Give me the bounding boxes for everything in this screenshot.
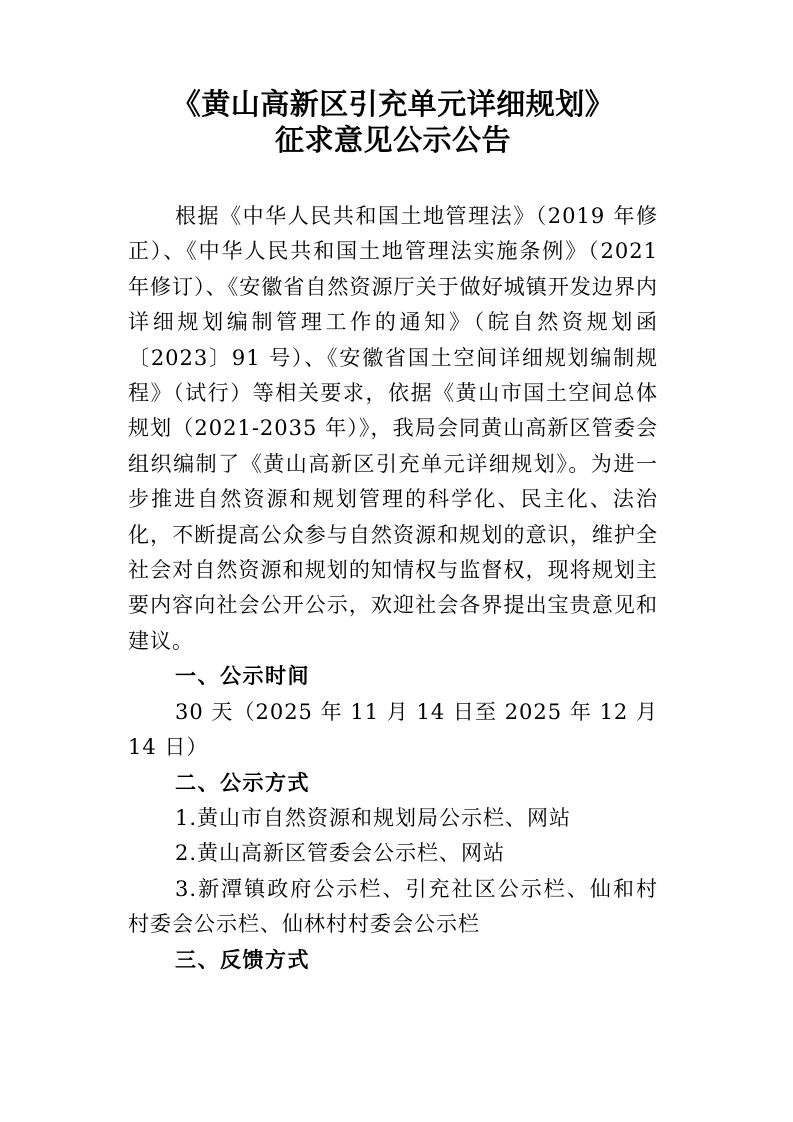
heading-publicity-time: 一、公示时间 bbox=[128, 659, 658, 694]
document-page: 《黄山高新区引充单元详细规划》 征求意见公示公告 根据《中华人民共和国土地管理法… bbox=[0, 0, 793, 1122]
document-title-line2: 征求意见公示公告 bbox=[128, 122, 658, 158]
section-feedback-method: 三、反馈方式 bbox=[128, 943, 658, 978]
document-title: 《黄山高新区引充单元详细规划》 征求意见公示公告 bbox=[128, 86, 658, 158]
publicity-channel-1: 1.黄山市自然资源和规划局公示栏、网站 bbox=[128, 801, 658, 836]
heading-feedback-method: 三、反馈方式 bbox=[128, 943, 658, 978]
publicity-channel-2: 2.黄山高新区管委会公示栏、网站 bbox=[128, 836, 658, 871]
section-publicity-time: 一、公示时间 30 天（2025 年 11 月 14 日至 2025 年 12 … bbox=[128, 659, 658, 765]
document-title-line1: 《黄山高新区引充单元详细规划》 bbox=[128, 86, 658, 122]
section-publicity-method: 二、公示方式 1.黄山市自然资源和规划局公示栏、网站 2.黄山高新区管委会公示栏… bbox=[128, 766, 658, 943]
publicity-channel-3: 3.新潭镇政府公示栏、引充社区公示栏、仙和村村委会公示栏、仙林村村委会公示栏 bbox=[128, 872, 658, 943]
publicity-duration-text: 30 天（2025 年 11 月 14 日至 2025 年 12 月 14 日） bbox=[128, 695, 658, 766]
heading-publicity-method: 二、公示方式 bbox=[128, 766, 658, 801]
intro-paragraph: 根据《中华人民共和国土地管理法》（2019 年修正）、《中华人民共和国土地管理法… bbox=[128, 199, 658, 659]
